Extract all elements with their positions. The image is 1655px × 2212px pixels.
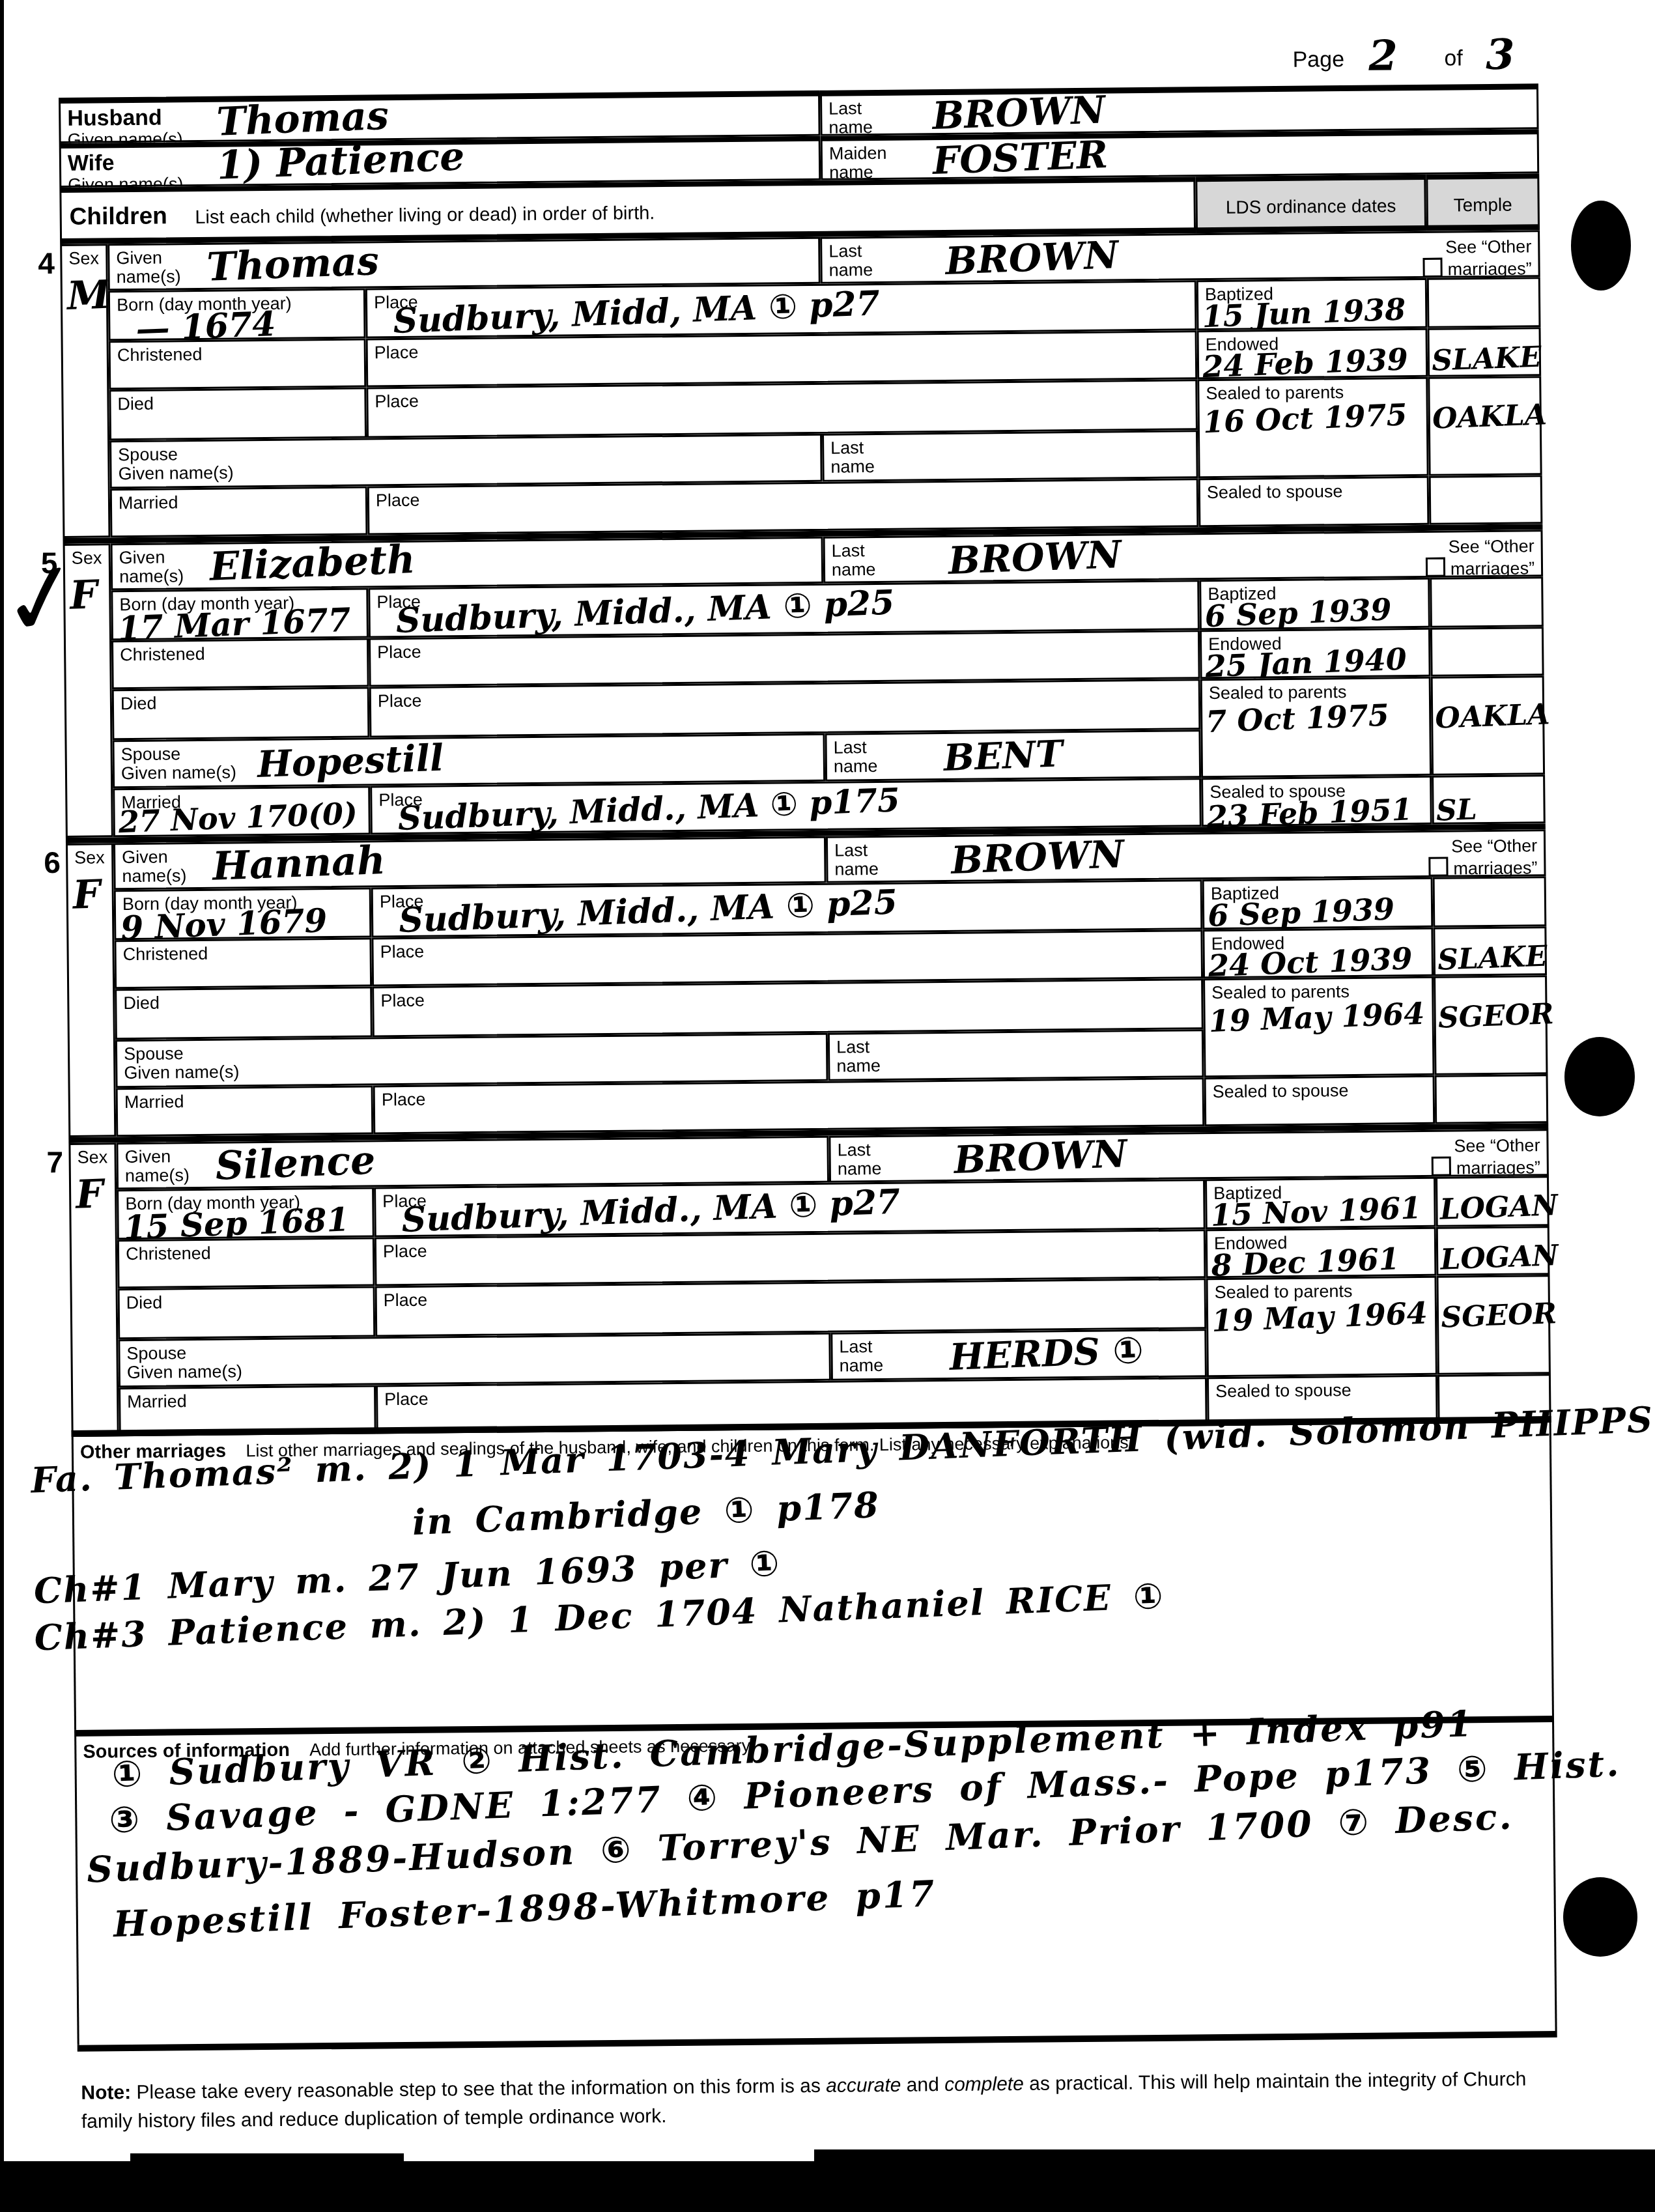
baptized-temple-cell xyxy=(1430,576,1544,628)
died-label: Died xyxy=(126,1294,163,1313)
lds-header-label: LDS ordinance dates xyxy=(1198,195,1424,218)
last-label: Last name xyxy=(837,1141,881,1179)
christened-cell: Christened xyxy=(117,1237,375,1288)
sealed-parents-cell: Sealed to parents7 Oct 1975 xyxy=(1200,677,1432,778)
spouse-label: Spouse Given name(s) xyxy=(126,1343,242,1382)
baptized-cell: Baptized6 Sep 1939 xyxy=(1199,578,1430,630)
married-label: Married xyxy=(119,493,178,513)
married-cell: Married xyxy=(116,1085,374,1137)
sealed-spouse-temple-cell: SL xyxy=(1432,774,1546,825)
sealed-parents-temple-cell: SGEOR xyxy=(1434,975,1548,1075)
born-place-value: Sudbury, Midd., MA ① p25 xyxy=(395,582,896,641)
born-cell: Born (day month year)— 1674 xyxy=(108,288,366,341)
sealed-spouse-label: Sealed to spouse xyxy=(1215,1381,1351,1401)
ink-blob xyxy=(1563,1877,1637,1957)
note-body: Please take every reasonable step to see… xyxy=(136,2075,826,2103)
baptized-cell: Baptized15 Nov 1961 xyxy=(1205,1177,1436,1229)
baptized-cell: Baptized15 Jun 1938 xyxy=(1196,278,1428,330)
scan-black-band-edge xyxy=(130,2153,404,2164)
husband-last-value: BROWN xyxy=(931,87,1106,138)
spouse-label: Spouse Given name(s) xyxy=(118,444,234,483)
temple-header-label: Temple xyxy=(1428,194,1538,216)
wife-maidenname-cell: Maiden name FOSTER xyxy=(821,129,1540,180)
born-place-value: Sudbury, Midd., MA ① p25 xyxy=(398,882,898,941)
sex-cell: SexF xyxy=(66,843,116,1137)
see-other-marriages: See “Othermarriages” xyxy=(1428,835,1538,879)
see-other-line2: marriages” xyxy=(1453,858,1537,879)
spouse-cell: Spouse Given name(s) xyxy=(115,1033,828,1088)
last-name-cell: Last nameBROWN See “Othermarriages” xyxy=(823,530,1544,584)
page-number-row: Page 2 of 3 xyxy=(1292,27,1498,78)
given-value: Silence xyxy=(214,1138,376,1189)
given-name-cell: Given name(s)Elizabeth xyxy=(111,537,824,590)
sealed-spouse-cell: Sealed to spouse xyxy=(1198,476,1430,527)
married-label: Married xyxy=(124,1092,184,1112)
sealed-parents-temple-cell: SGEOR xyxy=(1436,1275,1550,1375)
last-label: Last name xyxy=(832,541,876,580)
spouse-last-cell: Last name xyxy=(828,1029,1204,1081)
sealed-parents-temple-cell: OAKLA xyxy=(1428,376,1542,476)
baptized-value: 15 Nov 1961 xyxy=(1210,1190,1422,1233)
born-cell: Born (day month year)9 Nov 1679 xyxy=(114,887,372,940)
lds-ordinance-dates-header: LDS ordinance dates xyxy=(1195,175,1426,233)
last-label: Last name xyxy=(830,438,875,477)
place-label: Place xyxy=(380,943,424,962)
baptized-temple-value: LOGAN xyxy=(1439,1189,1559,1227)
spouse-last-value: BENT xyxy=(943,732,1064,780)
child-block-6: 6 SexF Given name(s)Hannah Last nameBROW… xyxy=(66,829,1548,1137)
christened-cell: Christened xyxy=(111,638,369,689)
of-label: of xyxy=(1444,46,1463,70)
born-place-value: Sudbury, Midd., MA ① p27 xyxy=(401,1182,901,1240)
form: Page 2 of 3 HusbandGiven name(s) Thomas … xyxy=(0,0,1655,2212)
last-value: BROWN xyxy=(948,532,1122,583)
died-label: Died xyxy=(117,395,154,414)
see-other-marriages: See “Othermarriages” xyxy=(1422,236,1532,280)
place-label: Place xyxy=(377,643,421,662)
died-cell: Died xyxy=(118,1286,376,1339)
other-marriages-checkbox xyxy=(1432,1157,1451,1176)
christened-label: Christened xyxy=(126,1244,211,1264)
endowed-temple-cell: LOGAN xyxy=(1436,1226,1550,1276)
see-other-line1: See “Other xyxy=(1451,836,1537,856)
note-label: Note: xyxy=(81,2082,131,2104)
place-label: Place xyxy=(376,491,420,511)
sex-value: M xyxy=(66,272,111,319)
born-cell: Born (day month year)15 Sep 1681 xyxy=(117,1187,375,1240)
christened-place-cell: Place xyxy=(366,330,1198,387)
sealed-spouse-temple-cell xyxy=(1429,475,1543,525)
married-label: Married xyxy=(127,1392,187,1411)
christened-label: Christened xyxy=(117,345,203,365)
sealed-parents-temple-cell: OAKLA xyxy=(1431,675,1545,776)
sealed-parents-cell: Sealed to parents19 May 1964 xyxy=(1206,1276,1437,1377)
other-marriages-section: Other marriages List other marriages and… xyxy=(72,1423,1554,1730)
given-name-cell: Given name(s)Hannah xyxy=(113,836,827,890)
sealed-spouse-label: Sealed to spouse xyxy=(1207,482,1343,502)
place-label: Place xyxy=(378,692,422,711)
child-block-7: 7 SexF Given name(s)Silence Last nameBRO… xyxy=(68,1129,1551,1437)
child-number: 7 xyxy=(46,1144,63,1180)
scan-black-band-edge xyxy=(814,2149,1655,2164)
sex-value: F xyxy=(69,572,98,619)
baptized-temple-cell xyxy=(1433,876,1547,928)
born-place-cell: PlaceSudbury, Midd., MA ① p25 xyxy=(368,580,1200,638)
sex-label: Sex xyxy=(68,249,99,268)
sealed-parents-temple-value: OAKLA xyxy=(1435,698,1551,735)
place-label: Place xyxy=(382,1090,426,1110)
place-label: Place xyxy=(383,1242,427,1262)
last-label: Last name xyxy=(839,1337,883,1376)
child-number: 6 xyxy=(44,845,61,880)
sex-value: F xyxy=(75,1171,104,1218)
see-other-marriages: See “Othermarriages” xyxy=(1426,535,1535,580)
sealed-parents-temple-value: SGEOR xyxy=(1440,1297,1557,1335)
page-total-value: 3 xyxy=(1486,31,1515,79)
see-other-line1: See “Other xyxy=(1454,1135,1540,1156)
endowed-cell: Endowed25 Jan 1940 xyxy=(1200,628,1431,679)
note-italic-complete: complete xyxy=(944,2073,1024,2095)
see-other-line1: See “Other xyxy=(1449,536,1535,556)
spouse-cell: Spouse Given name(s)Hopestill xyxy=(112,733,825,788)
sex-label: Sex xyxy=(77,1148,107,1167)
place-label: Place xyxy=(375,392,419,412)
baptized-value: 6 Sep 1939 xyxy=(1207,891,1395,933)
wife-maiden-label: Maiden name xyxy=(829,144,887,182)
page-number-value: 2 xyxy=(1368,31,1398,80)
endowed-cell: Endowed24 Feb 1939 xyxy=(1197,328,1428,379)
given-label: Given name(s) xyxy=(124,1147,190,1185)
other-marriages-checkbox xyxy=(1426,558,1445,577)
spouse-last-value: HERDS ① xyxy=(948,1329,1144,1379)
place-label: Place xyxy=(380,991,425,1011)
christened-cell: Christened xyxy=(109,338,367,390)
last-name-cell: Last nameBROWN See “Othermarriages” xyxy=(826,829,1546,883)
other-marriages-checkbox xyxy=(1428,857,1448,877)
children-header-cell: Children List each child (whether living… xyxy=(59,177,1196,244)
married-cell: Married xyxy=(110,486,368,537)
sex-cell: SexM xyxy=(60,244,110,538)
last-label: Last name xyxy=(833,738,877,776)
place-label: Place xyxy=(375,343,419,363)
last-label: Last name xyxy=(836,1038,881,1076)
endowed-cell: Endowed8 Dec 1961 xyxy=(1206,1227,1437,1278)
page-label: Page xyxy=(1292,47,1344,72)
died-cell: Died xyxy=(115,986,373,1040)
husband-last-label: Last name xyxy=(828,99,873,137)
child-block-5: 5 ✓ X SexF Given name(s)Elizabeth Last n… xyxy=(63,530,1546,838)
christened-label: Christened xyxy=(120,645,205,664)
christened-place-cell: Place xyxy=(371,929,1203,986)
given-value: Elizabeth xyxy=(209,537,416,590)
see-other-line1: See “Other xyxy=(1445,236,1531,257)
see-other-line2: marriages” xyxy=(1456,1158,1540,1178)
spouse-label: Spouse Given name(s) xyxy=(121,744,237,783)
christened-place-cell: Place xyxy=(375,1229,1206,1286)
scanned-family-group-record: Page 2 of 3 HusbandGiven name(s) Thomas … xyxy=(0,0,1655,2212)
given-label: Given name(s) xyxy=(116,248,181,287)
married-place-cell: Place xyxy=(373,1077,1205,1134)
see-other-line2: marriages” xyxy=(1450,559,1535,579)
sealed-parents-value: 16 Oct 1975 xyxy=(1202,397,1407,440)
ink-blob xyxy=(1571,201,1631,291)
children-title: Children xyxy=(70,202,167,229)
baptized-temple-cell xyxy=(1427,277,1541,328)
scan-black-band xyxy=(0,2161,1655,2212)
sealed-parents-value: 19 May 1964 xyxy=(1211,1296,1428,1339)
sex-cell: SexF xyxy=(68,1142,119,1437)
died-place-cell: Place xyxy=(369,679,1201,737)
died-cell: Died xyxy=(112,687,370,740)
place-label: Place xyxy=(384,1291,428,1311)
wife-cell: WifeGiven name(s) 1) Patience xyxy=(59,136,821,188)
baptized-value: 15 Jun 1938 xyxy=(1202,291,1407,334)
christened-label: Christened xyxy=(122,944,208,964)
sealed-spouse-cell: Sealed to spouse xyxy=(1204,1075,1436,1126)
married-place-cell: PlaceSudbury, Midd., MA ① p175 xyxy=(370,778,1202,834)
last-label: Last name xyxy=(834,841,879,879)
last-name-cell: Last nameBROWN See “Othermarriages” xyxy=(828,1129,1549,1183)
sealed-parents-value: 7 Oct 1975 xyxy=(1206,698,1390,740)
baptized-temple-cell: LOGAN xyxy=(1436,1176,1549,1227)
place-label: Place xyxy=(384,1390,429,1410)
sources-section: Sources of information Add further infor… xyxy=(74,1722,1557,2045)
other-marriages-line: in Cambridge ① p178 xyxy=(412,1484,881,1543)
note-text: Note: Please take every reasonable step … xyxy=(81,2065,1566,2136)
child-block-4: 4 SexM Given name(s)Thomas Last nameBROW… xyxy=(60,230,1542,538)
baptized-value: 6 Sep 1939 xyxy=(1204,591,1393,634)
given-value: Hannah xyxy=(212,838,386,890)
wife-maiden-value: FOSTER xyxy=(932,132,1109,183)
child-number: 4 xyxy=(38,246,55,281)
married-cell: Married27 Nov 170(0) xyxy=(113,786,371,837)
sealed-parents-cell: Sealed to parents16 Oct 1975 xyxy=(1197,377,1428,478)
sealed-parents-value: 19 May 1964 xyxy=(1208,996,1425,1039)
endowed-temple-value: SLAKE xyxy=(1437,939,1548,976)
sealed-spouse-temple-value: SL xyxy=(1436,793,1478,827)
see-other-line2: marriages” xyxy=(1447,259,1531,279)
died-place-cell: Place xyxy=(375,1278,1207,1337)
died-cell: Died xyxy=(109,387,367,440)
died-label: Died xyxy=(120,694,157,714)
sealed-spouse-label: Sealed to spouse xyxy=(1213,1081,1349,1101)
last-label: Last name xyxy=(828,242,873,280)
given-label: Given name(s) xyxy=(119,548,184,586)
died-label: Died xyxy=(123,994,160,1014)
endowed-cell: Endowed24 Oct 1939 xyxy=(1202,928,1434,978)
spouse-last-cell: Last name xyxy=(822,430,1198,482)
born-cell: Born (day month year)17 Mar 1677 xyxy=(111,588,369,640)
died-place-cell: Place xyxy=(366,379,1198,438)
married-place-value: Sudbury, Midd., MA ① p175 xyxy=(397,780,901,838)
see-other-marriages: See “Othermarriages” xyxy=(1431,1135,1540,1179)
endowed-temple-value: LOGAN xyxy=(1440,1239,1559,1277)
note-italic-accurate: accurate xyxy=(826,2075,901,2097)
sealed-parents-temple-value: OAKLA xyxy=(1432,398,1548,436)
husband-lastname-cell: Last name BROWN xyxy=(820,83,1539,136)
endowed-temple-cell xyxy=(1430,627,1544,677)
baptized-cell: Baptized6 Sep 1939 xyxy=(1202,877,1434,929)
given-value: Thomas xyxy=(206,238,380,291)
sex-value: F xyxy=(72,872,101,918)
married-place-cell: Place xyxy=(367,478,1199,535)
spouse-cell: Spouse Given name(s) xyxy=(109,434,823,489)
sealed-parents-temple-value: SGEOR xyxy=(1437,997,1555,1035)
spouse-last-cell: Last nameHERDS ① xyxy=(830,1329,1207,1381)
endowed-temple-value: SLAKE xyxy=(1431,340,1542,377)
christened-cell: Christened xyxy=(114,937,372,989)
temple-header: Temple xyxy=(1426,173,1540,231)
given-label: Given name(s) xyxy=(122,847,187,886)
endowed-temple-cell: SLAKE xyxy=(1433,926,1547,976)
sealed-spouse-cell: Sealed to spouse23 Feb 1951 xyxy=(1201,776,1432,827)
last-value: BROWN xyxy=(944,233,1119,283)
spouse-last-cell: Last nameBENT xyxy=(825,730,1201,782)
sex-cell: SexF xyxy=(63,543,113,838)
last-value: BROWN xyxy=(953,1131,1127,1182)
spouse-given-value: Hopestill xyxy=(257,736,445,786)
christened-place-cell: Place xyxy=(369,630,1200,687)
born-place-cell: PlaceSudbury, Midd, MA ① p27 xyxy=(365,280,1197,338)
given-name-cell: Given name(s)Silence xyxy=(116,1136,829,1189)
sex-label: Sex xyxy=(74,848,105,868)
died-place-cell: Place xyxy=(372,978,1204,1037)
wife-given-value: 1) Patience xyxy=(216,134,466,188)
last-name-cell: Last nameBROWN See “Othermarriages” xyxy=(820,230,1540,284)
sealed-parents-cell: Sealed to parents19 May 1964 xyxy=(1203,976,1434,1077)
note-body: and xyxy=(901,2074,944,2096)
sex-label: Sex xyxy=(72,548,102,568)
born-place-value: Sudbury, Midd, MA ① p27 xyxy=(392,283,881,341)
born-place-cell: PlaceSudbury, Midd., MA ① p25 xyxy=(371,879,1203,937)
born-place-cell: PlaceSudbury, Midd., MA ① p27 xyxy=(374,1179,1206,1237)
other-marriages-checkbox xyxy=(1422,258,1442,277)
given-name-cell: Given name(s)Thomas xyxy=(107,237,821,291)
children-instruction: List each child (whether living or dead)… xyxy=(195,203,655,228)
spouse-cell: Spouse Given name(s) xyxy=(118,1333,831,1387)
ink-blob xyxy=(1564,1037,1635,1116)
sealed-spouse-temple-cell xyxy=(1435,1074,1549,1124)
last-value: BROWN xyxy=(950,832,1125,883)
endowed-temple-cell: SLAKE xyxy=(1427,327,1541,377)
spouse-label: Spouse Given name(s) xyxy=(124,1043,240,1083)
